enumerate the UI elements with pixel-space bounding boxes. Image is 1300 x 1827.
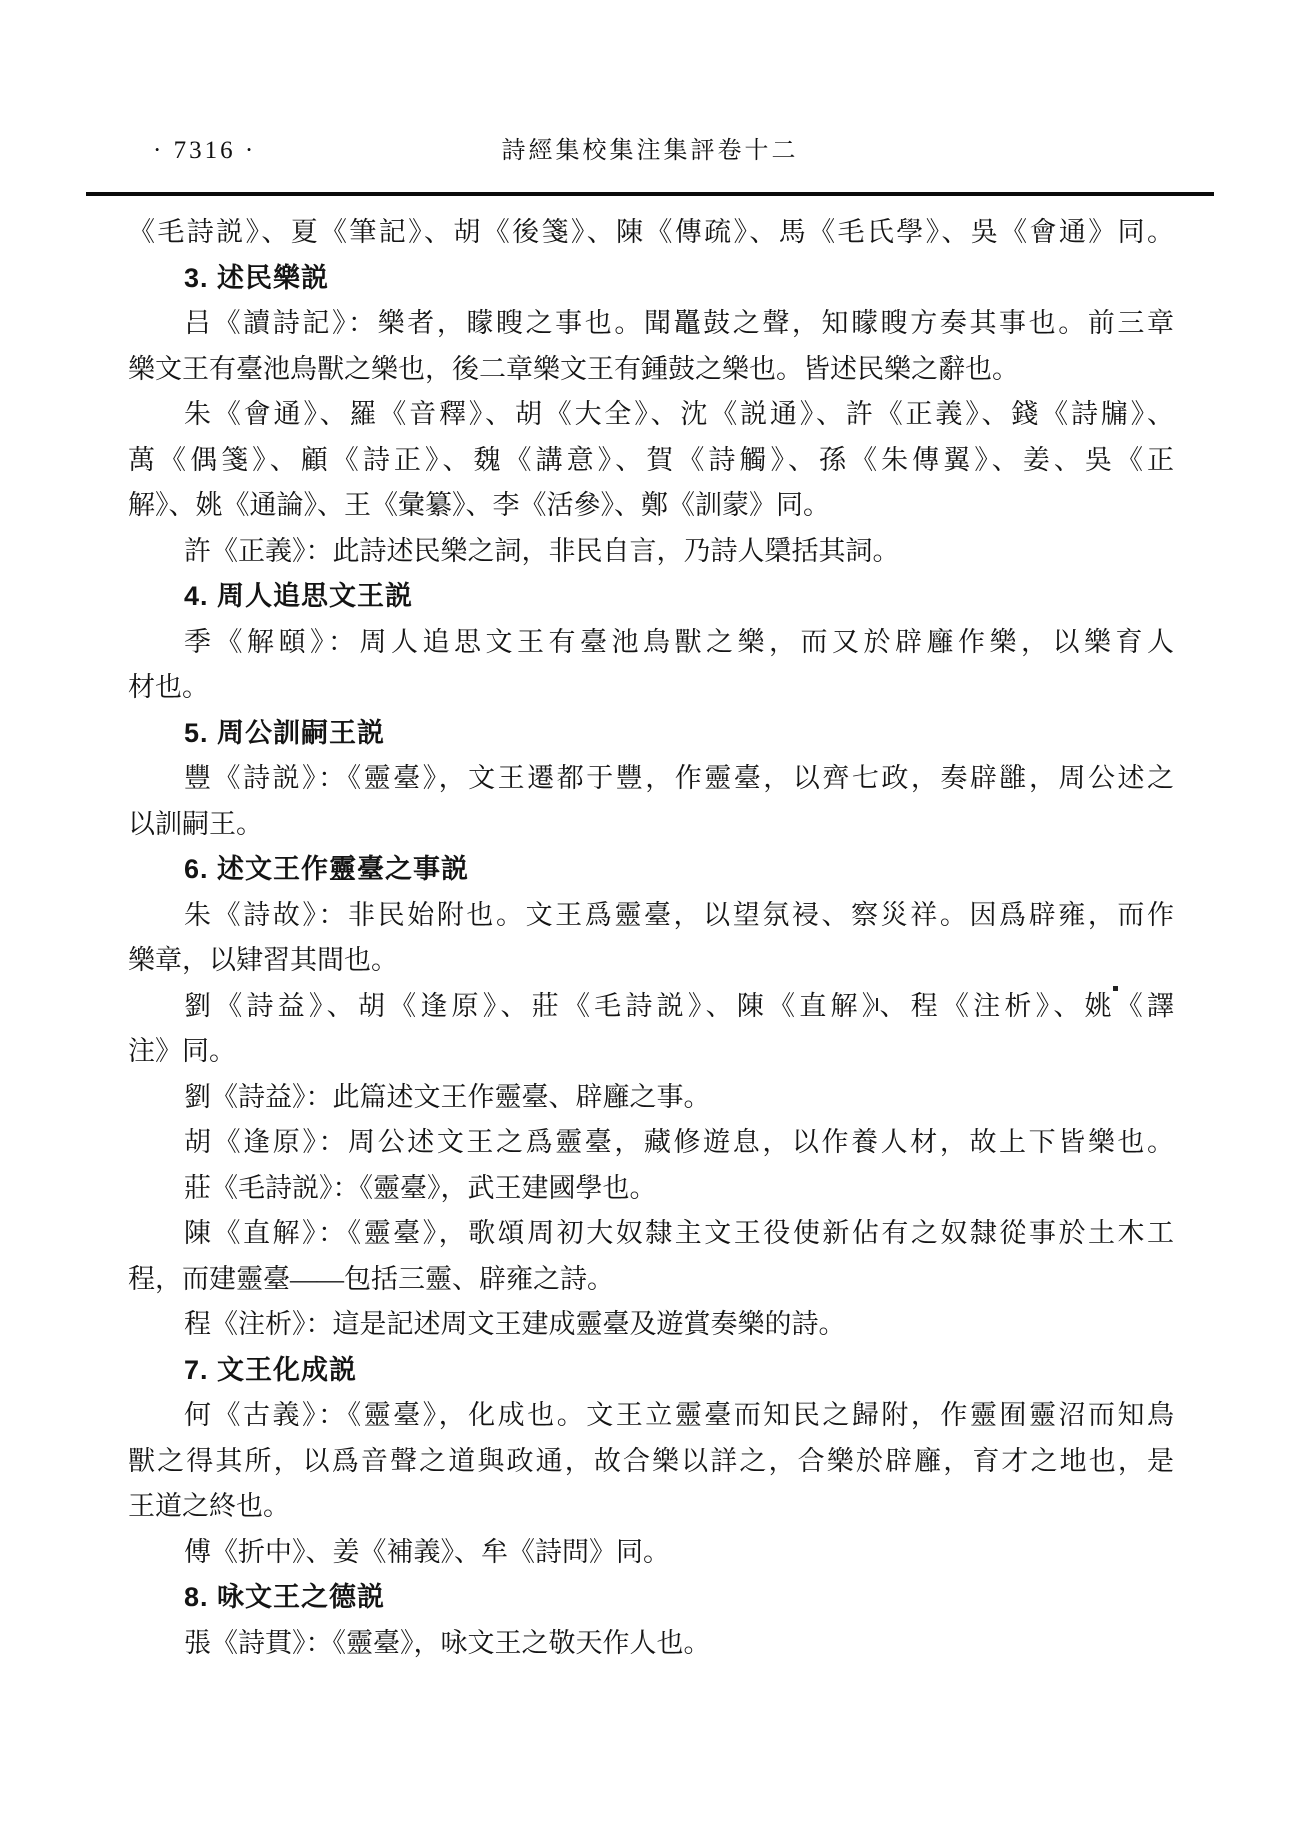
text-line: 程，而建靈臺——包括三靈、辟雍之詩。 <box>128 1257 1174 1303</box>
scan-artifact-tick <box>876 998 878 1011</box>
section-heading: 7. 文王化成説 <box>128 1348 1174 1394</box>
running-title: 詩經集校集注集評卷十二 <box>0 134 1300 168</box>
text-line: 莊《毛詩説》：《靈臺》，武王建國學也。 <box>128 1166 1174 1212</box>
text-line: 朱《會通》、羅《音釋》、胡《大全》、沈《説通》、許《正義》、錢《詩牖》、 <box>128 392 1174 438</box>
scan-artifact-dot <box>1113 986 1118 991</box>
page-body-text: 《毛詩説》、夏《筆記》、胡《後箋》、陳《傳疏》、馬《毛氏學》、吳《會通》同。3.… <box>128 210 1174 1666</box>
text-line: 許《正義》：此詩述民樂之詞，非民自言，乃詩人檃括其詞。 <box>128 529 1174 575</box>
section-heading: 4. 周人追思文王説 <box>128 574 1174 620</box>
text-line: 程《注析》：這是記述周文王建成靈臺及遊賞奏樂的詩。 <box>128 1302 1174 1348</box>
text-line: 胡《逢原》：周公述文王之爲靈臺，藏修遊息，以作養人材，故上下皆樂也。 <box>128 1120 1174 1166</box>
text-line: 注》同。 <box>128 1029 1174 1075</box>
text-line: 樂文王有臺池鳥獸之樂也，後二章樂文王有鍾鼓之樂也。皆述民樂之辭也。 <box>128 347 1174 393</box>
text-line: 萬《偶箋》、顧《詩正》、魏《講意》、賀《詩觸》、孫《朱傳翼》、姜、吳《正 <box>128 438 1174 484</box>
page-header: · 7316 · 詩經集校集注集評卷十二 <box>0 134 1300 168</box>
section-heading: 5. 周公訓嗣王説 <box>128 711 1174 757</box>
text-line: 獸之得其所，以爲音聲之道與政通，故合樂以詳之，合樂於辟廱，育才之地也，是 <box>128 1439 1174 1485</box>
text-line: 豐《詩説》：《靈臺》，文王遷都于豐，作靈臺，以齊七政，奏辟雝，周公述之 <box>128 756 1174 802</box>
section-heading: 3. 述民樂説 <box>128 256 1174 302</box>
text-line: 劉《詩益》、胡《逢原》、莊《毛詩説》、陳《直解》、程《注析》、姚《譯 <box>128 984 1174 1030</box>
text-line: 以訓嗣王。 <box>128 802 1174 848</box>
text-line: 解》、姚《通論》、王《彙纂》、李《活參》、鄭《訓蒙》同。 <box>128 483 1174 529</box>
text-line: 吕《讀詩記》：樂者，矇瞍之事也。聞鼉鼓之聲，知矇瞍方奏其事也。前三章 <box>128 301 1174 347</box>
text-line: 王道之終也。 <box>128 1484 1174 1530</box>
section-heading: 6. 述文王作靈臺之事説 <box>128 847 1174 893</box>
section-heading: 8. 咏文王之德説 <box>128 1575 1174 1621</box>
text-line: 季《解頤》：周人追思文王有臺池鳥獸之樂，而又於辟廱作樂，以樂育人 <box>128 620 1174 666</box>
text-line: 朱《詩故》：非民始附也。文王爲靈臺，以望氛祲、察災祥。因爲辟雍，而作 <box>128 893 1174 939</box>
text-line: 劉《詩益》：此篇述文王作靈臺、辟廱之事。 <box>128 1075 1174 1121</box>
text-line: 張《詩貫》：《靈臺》，咏文王之敬天作人也。 <box>128 1621 1174 1667</box>
text-line: 傅《折中》、姜《補義》、牟《詩問》同。 <box>128 1530 1174 1576</box>
text-line: 陳《直解》：《靈臺》，歌頌周初大奴隸主文王役使新佔有之奴隸從事於土木工 <box>128 1211 1174 1257</box>
header-rule <box>86 192 1214 196</box>
scanned-book-page: · 7316 · 詩經集校集注集評卷十二 《毛詩説》、夏《筆記》、胡《後箋》、陳… <box>0 0 1300 1827</box>
text-line: 材也。 <box>128 665 1174 711</box>
text-line: 樂章，以肄習其間也。 <box>128 938 1174 984</box>
text-line: 《毛詩説》、夏《筆記》、胡《後箋》、陳《傳疏》、馬《毛氏學》、吳《會通》同。 <box>128 210 1174 256</box>
text-line: 何《古義》：《靈臺》，化成也。文王立靈臺而知民之歸附，作靈囿靈沼而知鳥 <box>128 1393 1174 1439</box>
